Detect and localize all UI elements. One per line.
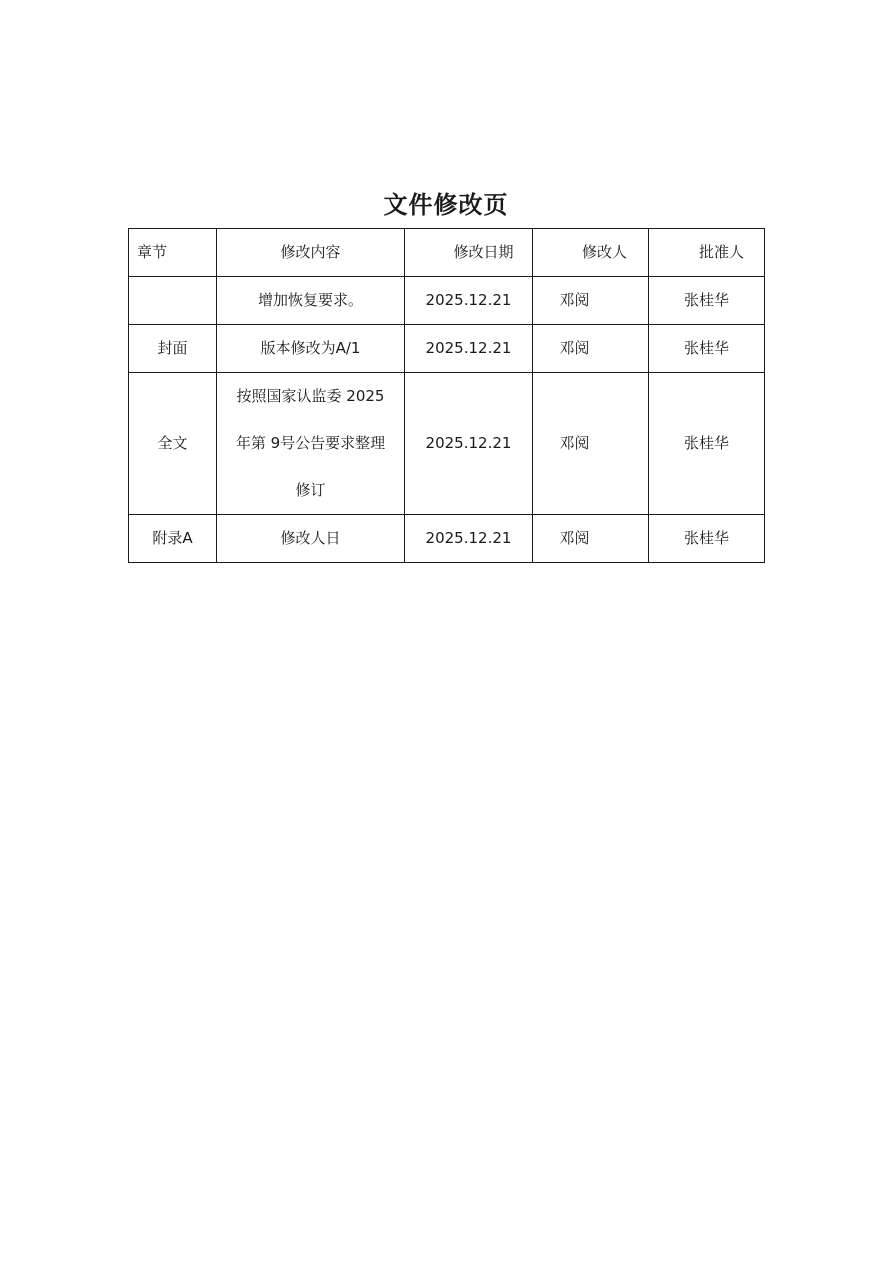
cell-modifier: 邓阅 [533,373,649,515]
revision-table: 章节 修改内容 修改日期 修改人 批准人 增加恢复要求。 2025.12.21 … [128,228,765,563]
table-row: 全文 按照国家认监委 2025 年第 9号公告要求整理 修订 2025.12.2… [129,373,765,515]
cell-approver: 张桂华 [649,277,765,325]
header-modifier: 修改人 [533,229,649,277]
page-title: 文件修改页 [0,189,892,221]
cell-content: 修改人日 [217,515,405,563]
table-header-row: 章节 修改内容 修改日期 修改人 批准人 [129,229,765,277]
cell-content: 增加恢复要求。 [217,277,405,325]
header-content: 修改内容 [217,229,405,277]
cell-content-line: 按照国家认监委 2025 [217,373,404,420]
table-row: 附录A 修改人日 2025.12.21 邓阅 张桂华 [129,515,765,563]
cell-date: 2025.12.21 [405,325,533,373]
cell-modifier: 邓阅 [533,277,649,325]
cell-modifier: 邓阅 [533,325,649,373]
cell-approver: 张桂华 [649,373,765,515]
cell-content-line: 修订 [217,467,404,514]
cell-approver: 张桂华 [649,325,765,373]
cell-date: 2025.12.21 [405,373,533,515]
header-date: 修改日期 [405,229,533,277]
header-approver: 批准人 [649,229,765,277]
header-section: 章节 [129,229,217,277]
cell-section [129,277,217,325]
cell-approver: 张桂华 [649,515,765,563]
table-row: 增加恢复要求。 2025.12.21 邓阅 张桂华 [129,277,765,325]
cell-date: 2025.12.21 [405,515,533,563]
cell-date: 2025.12.21 [405,277,533,325]
cell-content-line: 年第 9号公告要求整理 [217,420,404,467]
cell-section: 封面 [129,325,217,373]
cell-section: 附录A [129,515,217,563]
cell-section: 全文 [129,373,217,515]
cell-modifier: 邓阅 [533,515,649,563]
table-row: 封面 版本修改为A/1 2025.12.21 邓阅 张桂华 [129,325,765,373]
cell-content: 按照国家认监委 2025 年第 9号公告要求整理 修订 [217,373,405,515]
cell-content: 版本修改为A/1 [217,325,405,373]
